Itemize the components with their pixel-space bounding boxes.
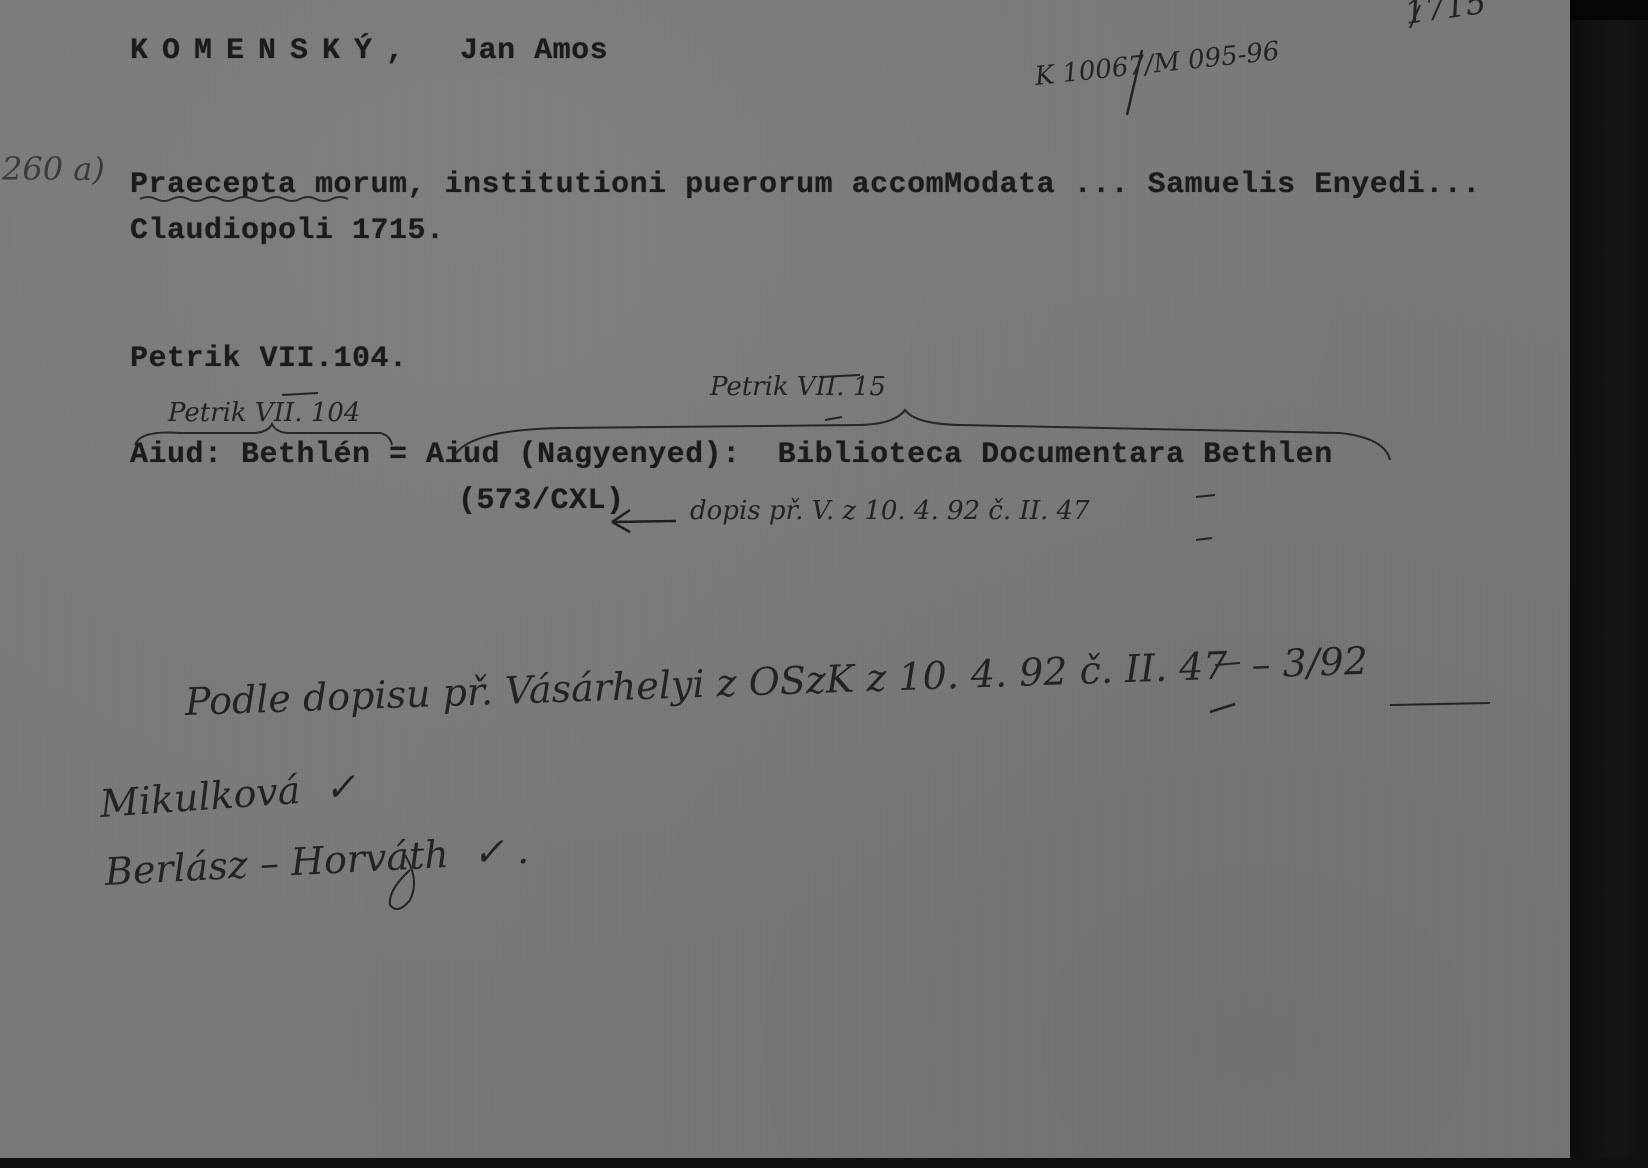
scanner-border-top-right: [1570, 0, 1648, 20]
author-given-names: Jan Amos: [460, 34, 608, 68]
catalog-card: KOMENSKÝ, Jan Amos 1715 K 10067/M 095-96…: [0, 0, 1570, 1158]
shelf-mark-annotation: K 10067/M 095-96: [1033, 36, 1280, 92]
reference-annotation-right: Petrik VII. 15: [710, 372, 886, 402]
numeral-underline-right: [825, 417, 842, 420]
heading-separator: ,: [386, 34, 405, 68]
title-line: Praecepta morum, institutioni puerorum a…: [130, 168, 1481, 202]
scanned-catalog-card: KOMENSKÝ, Jan Amos 1715 K 10067/M 095-96…: [0, 0, 1648, 1168]
signature-second: Berlász – Horváth ✓ .: [104, 828, 530, 894]
annotation-numeral-underline: [1196, 538, 1212, 540]
numeral-overline-left: [282, 393, 318, 395]
bibliographic-reference: Petrik VII.104.: [130, 342, 408, 376]
author-surname: KOMENSKÝ: [130, 34, 386, 68]
note-numeral-underline: [1210, 704, 1235, 712]
call-number-annotation: dopis př. V. z 10. 4. 92 č. II. 47: [690, 496, 1090, 526]
note-underline: [1390, 703, 1490, 705]
handwritten-note: Podle dopisu př. Vásárhelyi z OSzK z 10.…: [184, 639, 1368, 724]
annotation-numeral-overline: [1196, 495, 1215, 497]
imprint-line: Claudiopoli 1715.: [130, 214, 445, 248]
year-annotation: 1715: [1402, 0, 1488, 32]
signature-first: Mikulková ✓: [98, 764, 357, 826]
entry-number-annotation: 260 a): [2, 150, 105, 188]
heading-line: KOMENSKÝ, Jan Amos: [130, 34, 608, 68]
call-number: (573/CXL): [458, 484, 625, 518]
reference-annotation-left: Petrik VII. 104: [168, 398, 360, 428]
location-line: Aiud: Bethlén = Aiud (Nagyenyed): Biblio…: [130, 438, 1333, 472]
scanner-border-right: [1570, 0, 1648, 1168]
scanner-border-bottom: [0, 1158, 1648, 1168]
